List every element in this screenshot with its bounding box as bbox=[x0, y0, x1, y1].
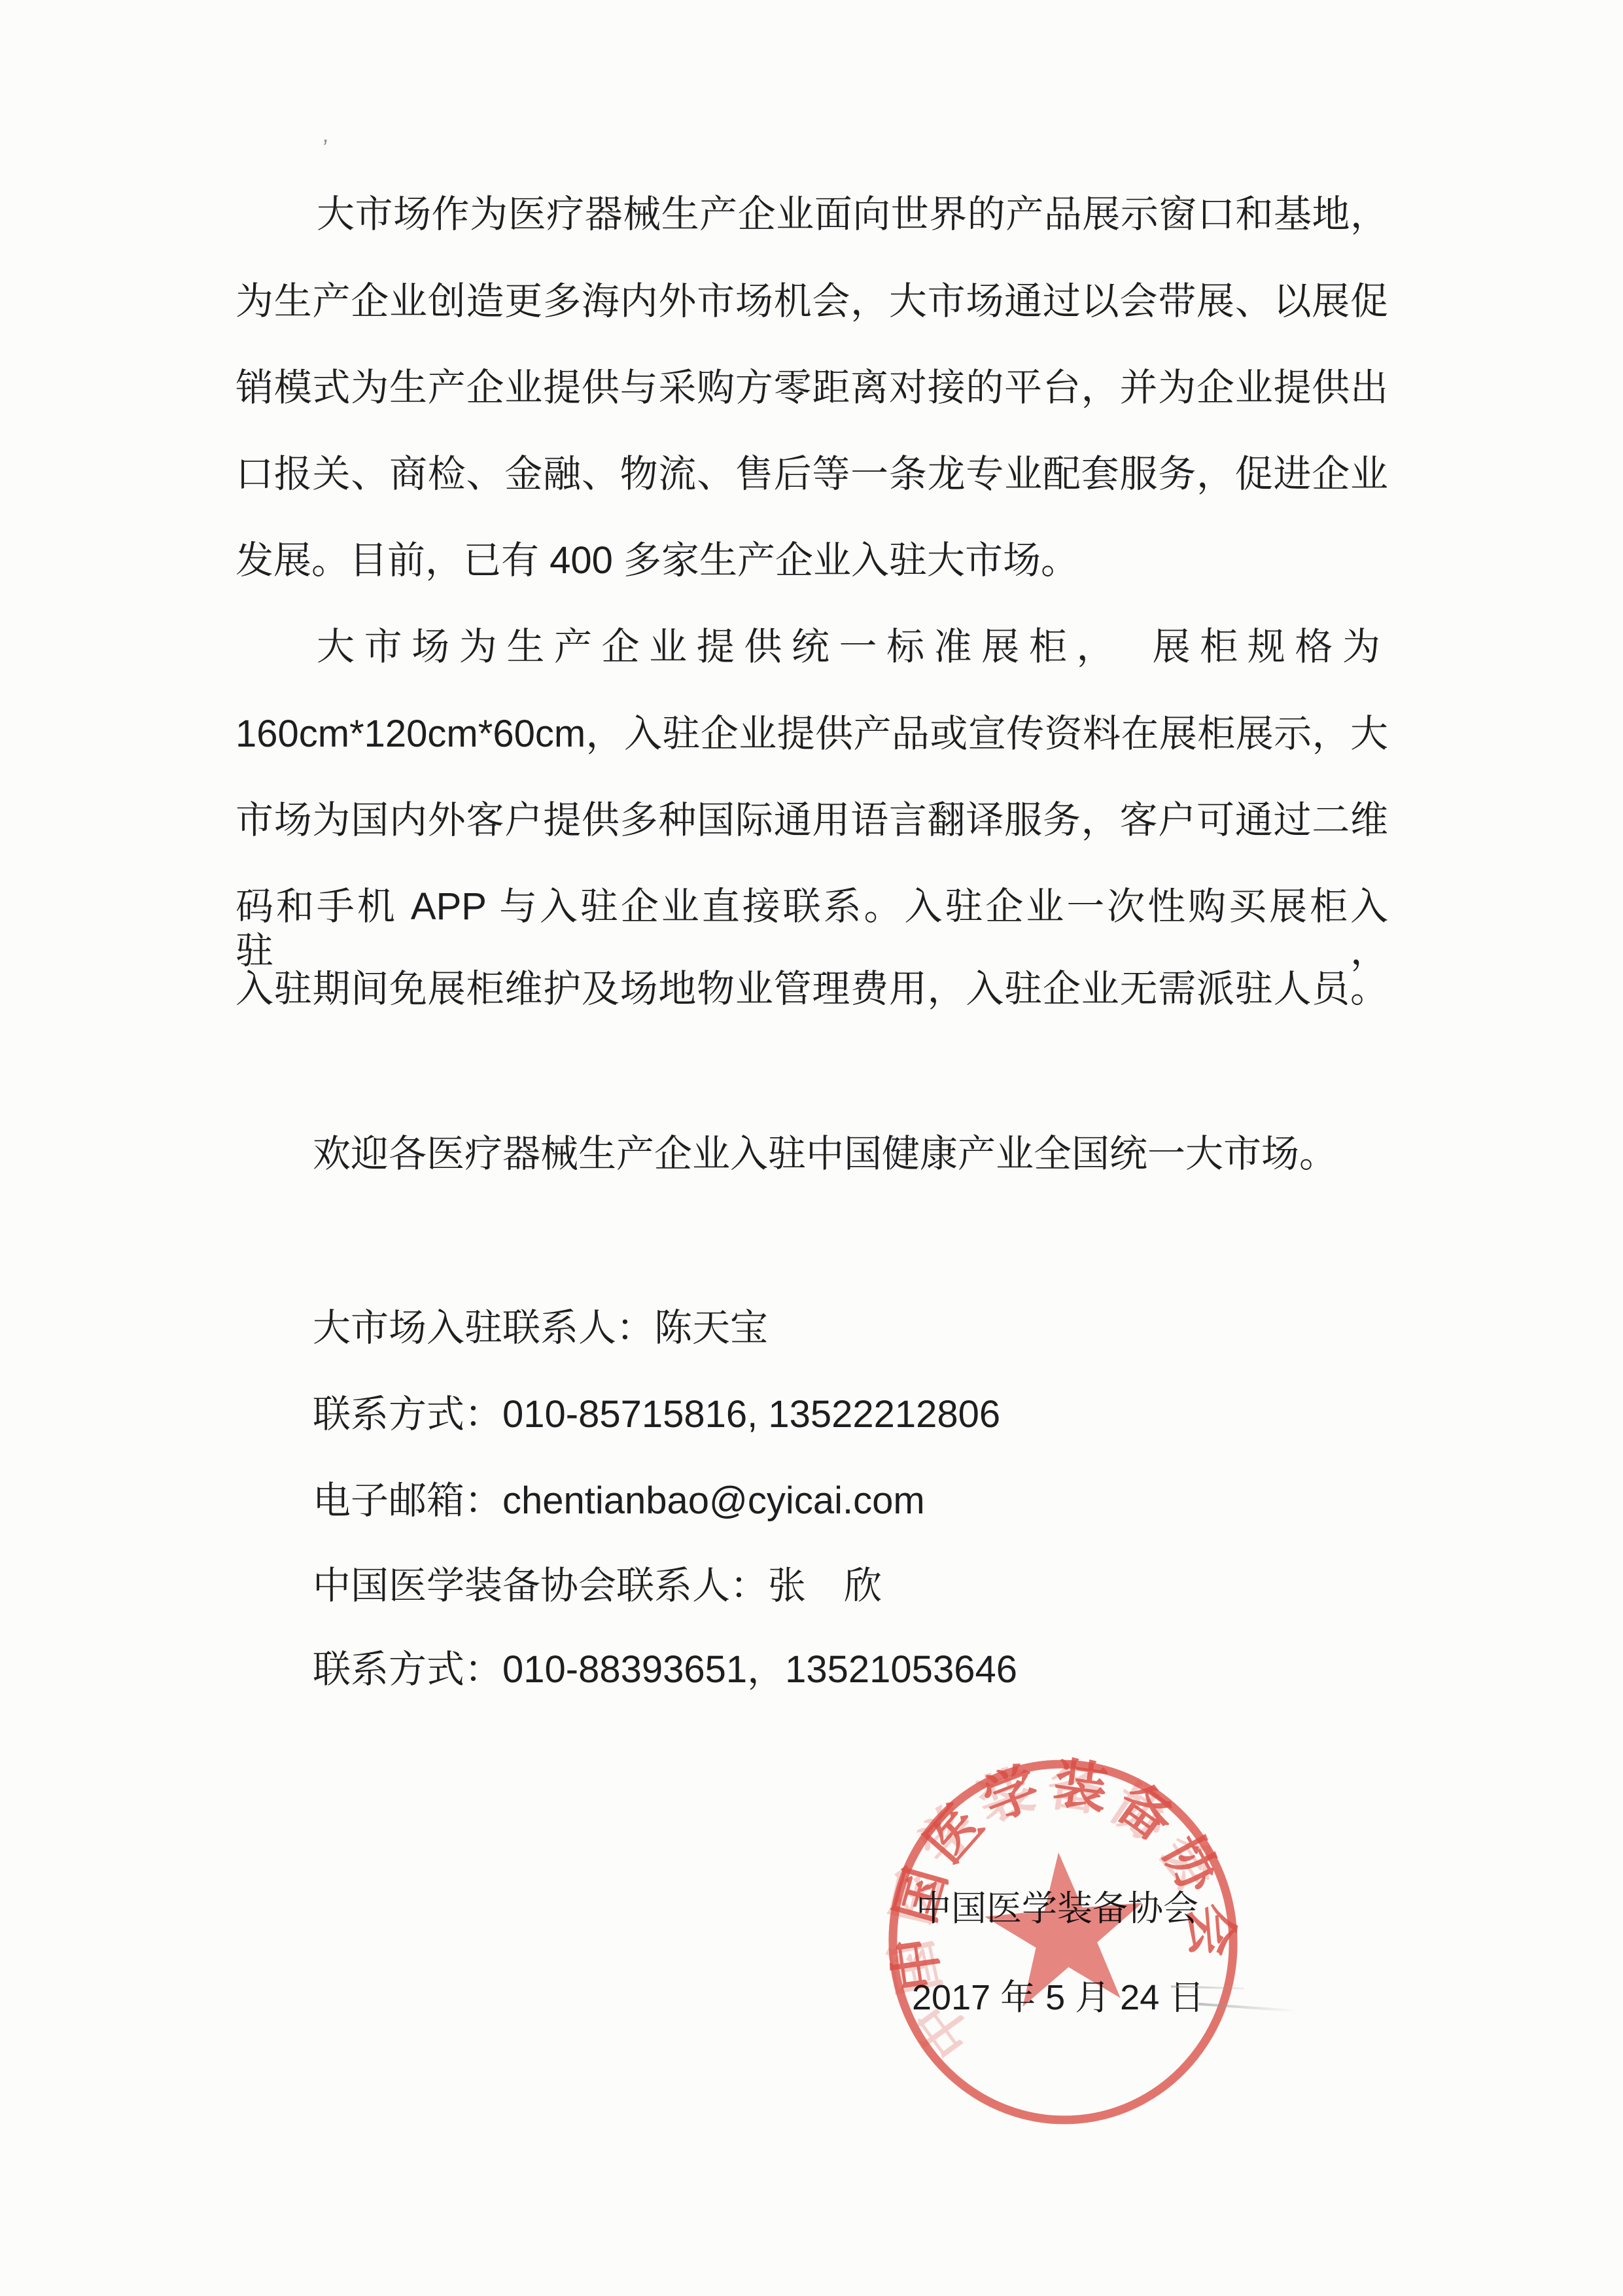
body-text-line: 销模式为生产企业提供与采购方零距离对接的平台，并为企业提供出 bbox=[236, 366, 1388, 410]
body-text-line: 大市场为生产企业提供统一标准展柜， 展柜规格为 bbox=[236, 625, 1388, 669]
body-text-line: 160cm*120cm*60cm，入驻企业提供产品或宣传资料在展柜展示，大 bbox=[236, 712, 1388, 756]
body-text-line: 码和手机 APP 与入驻企业直接联系。入驻企业一次性购买展柜入驻， bbox=[236, 885, 1388, 974]
contact-line-email: 电子邮箱：chentianbao@cyicai.com bbox=[313, 1479, 925, 1523]
scan-stray-mark: ’ bbox=[320, 134, 329, 162]
contact-line-market-phone: 联系方式：010-85715816, 13522212806 bbox=[313, 1392, 1000, 1437]
body-text-line: 发展。目前，已有 400 多家生产企业入驻大市场。 bbox=[236, 539, 1388, 583]
scanned-letter-page: ’ 大市场作为医疗器械生产企业面向世界的产品展示窗口和基地， 为生产企业创造更多… bbox=[0, 0, 1623, 2296]
body-text-line: 大市场作为医疗器械生产企业面向世界的产品展示窗口和基地， bbox=[236, 192, 1388, 237]
contact-line-assoc-person: 中国医学装备协会联系人：张 欣 bbox=[313, 1564, 882, 1608]
body-text-line: 入驻期间免展柜维护及场地物业管理费用，入驻企业无需派驻人员。 bbox=[236, 967, 1388, 1012]
body-text-line: 市场为国内外客户提供多种国际通用语言翻译服务，客户可通过二维 bbox=[236, 798, 1388, 843]
body-text-line: 为生产企业创造更多海内外市场机会，大市场通过以会带展、以展促 bbox=[236, 279, 1388, 324]
seal-star-icon bbox=[980, 1846, 1151, 2009]
body-text-line: 口报关、商检、金融、物流、售后等一条龙专业配套服务，促进企业 bbox=[236, 452, 1388, 497]
contact-line-assoc-phone: 联系方式：010-88393651，13521053646 bbox=[313, 1648, 1017, 1692]
official-seal: 中国医学装备协会 中国医学装备协会 bbox=[864, 1714, 1263, 2172]
contact-line-market-person: 大市场入驻联系人：陈天宝 bbox=[313, 1306, 768, 1351]
welcome-line: 欢迎各医疗器械生产企业入驻中国健康产业全国统一大市场。 bbox=[313, 1132, 1337, 1176]
